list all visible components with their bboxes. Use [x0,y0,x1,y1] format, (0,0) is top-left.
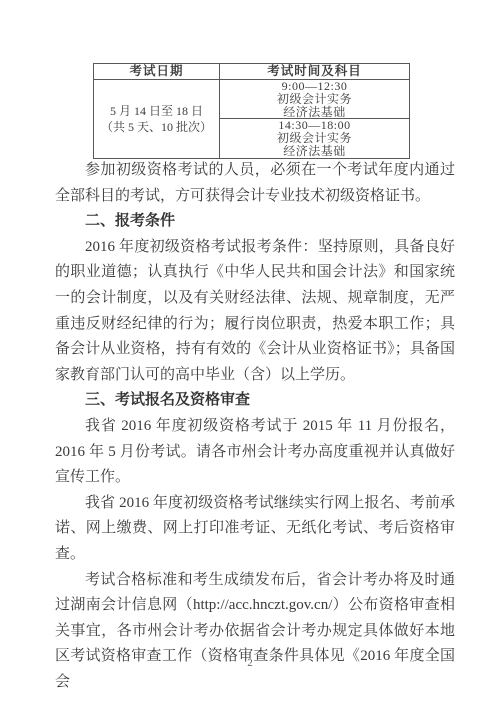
para-online-procedures: 我省 2016 年度初级资格考试继续实行网上报名、考前承诺、网上缴费、网上打印准… [55,491,455,568]
exam-schedule-table: 考试日期 考试时间及科目 5 月 14 日至 18 日 （共 5 天、10 批次… [93,63,410,159]
exam-date-line1: 5 月 14 日至 18 日 [94,103,219,119]
session-subject: 初级会计实务 [220,93,409,106]
table-header-exam-date: 考试日期 [94,64,220,80]
para-qualification-review: 考试合格标准和考生成绩发布后，省会计考办将及时通过湖南会计信息网（http://… [55,568,455,696]
session-time: 9:00—12:30 [220,80,409,93]
session-subject: 经济法基础 [220,106,409,119]
exam-date-line2: （共 5 天、10 批次） [94,119,219,135]
para-intro: 参加初级资格考试的人员，必须在一个考试年度内通过全部科目的考试，方可获得会计专业… [55,158,455,209]
para-application-conditions: 2016 年度初级资格考试报考条件：坚持原则，具备良好的职业道德；认真执行《中华… [55,235,455,389]
table-header-row: 考试日期 考试时间及科目 [94,64,410,80]
para-registration-schedule: 我省 2016 年度初级资格考试于 2015 年 11 月份报名，2016 年 … [55,414,455,491]
session-subject: 经济法基础 [220,145,409,158]
exam-session-afternoon-cell: 14:30—18:00 初级会计实务 经济法基础 [220,119,410,158]
document-body: 参加初级资格考试的人员，必须在一个考试年度内通过全部科目的考试，方可获得会计专业… [55,158,455,695]
heading-registration-review: 三、考试报名及资格审查 [55,388,455,414]
exam-date-cell: 5 月 14 日至 18 日 （共 5 天、10 批次） [94,80,220,159]
heading-application-conditions: 二、报考条件 [55,209,455,235]
document-page: 考试日期 考试时间及科目 5 月 14 日至 18 日 （共 5 天、10 批次… [0,0,500,707]
table-row: 5 月 14 日至 18 日 （共 5 天、10 批次） 9:00—12:30 … [94,80,410,119]
exam-session-morning-cell: 9:00—12:30 初级会计实务 经济法基础 [220,80,410,119]
table-header-exam-time-subjects: 考试时间及科目 [220,64,410,80]
page-number: 2 [0,657,500,669]
